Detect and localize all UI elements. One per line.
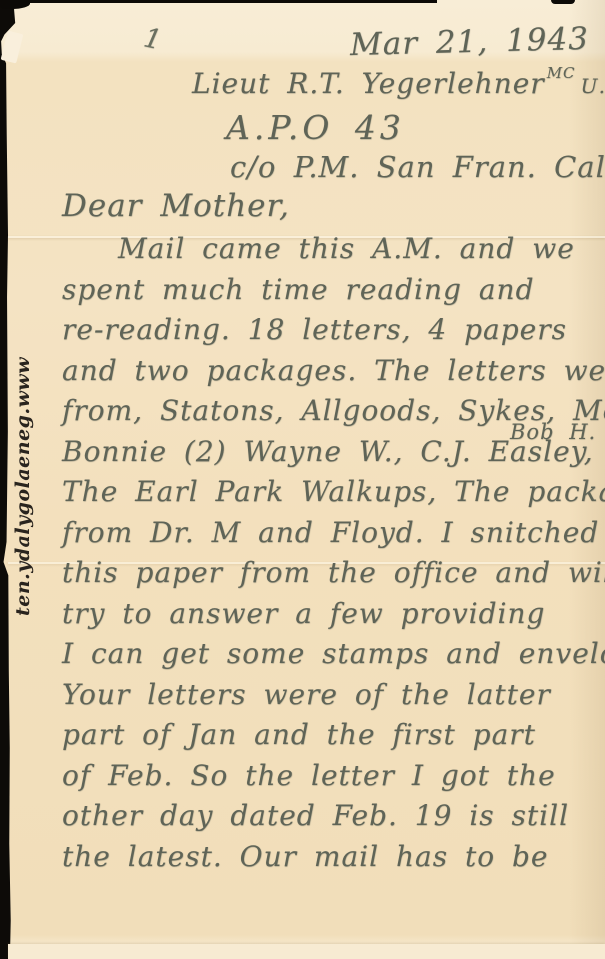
sender-line: Lieut R.T. YegerlehnerMCU.S.N.R. [192, 64, 605, 100]
body-line: Your letters were of the latter [62, 675, 602, 716]
page-number-annotation: 1 [141, 22, 165, 56]
interline-note: Bob H. [510, 420, 596, 444]
watermark-text: ten.ydalygolaeneg.www [12, 376, 34, 616]
sender-corps: MC [547, 64, 576, 82]
salutation: Dear Mother, [62, 188, 290, 224]
body-line: try to answer a few providing [62, 594, 602, 635]
paper-corner-notch [1, 31, 24, 64]
scan-edge-top-right [551, 0, 575, 4]
body-line: and two packages. The letters were [62, 351, 602, 392]
paper-bottom-edge [8, 944, 605, 959]
body-line: other day dated Feb. 19 is still [62, 796, 602, 837]
body-line: part of Jan and the first part [62, 715, 602, 756]
scan-edge-top-corner [0, 0, 30, 9]
body-line: this paper from the office and will [62, 553, 602, 594]
body-line: the latest. Our mail has to be [62, 837, 602, 878]
postmaster-address-line: c/o P.M. San Fran. Calif. [230, 150, 605, 184]
letter-date: Mar 21, 1943 [350, 21, 590, 63]
scan-edge-top [0, 0, 437, 3]
sender-name: Lieut R.T. Yegerlehner [192, 67, 545, 100]
body-line: spent much time reading and [62, 270, 602, 311]
body-line: The Earl Park Walkups, The packages [62, 472, 602, 513]
body-line: Mail came this A.M. and we [62, 229, 602, 270]
body-line: re-reading. 18 letters, 4 papers [62, 310, 602, 351]
body-line: of Feb. So the letter I got the [62, 756, 602, 797]
body-line: I can get some stamps and envelopes. [62, 634, 602, 675]
scanned-letter-page: ten.ydalygolaeneg.www 1 Mar 21, 1943 Lie… [0, 0, 605, 959]
apo-address-line: A.P.O 43 [226, 108, 405, 147]
sender-branch: U.S.N.R. [581, 74, 605, 98]
letter-body: Mail came this A.M. and we spent much ti… [62, 229, 602, 877]
body-line: from Dr. M and Floyd. I snitched [62, 513, 602, 554]
